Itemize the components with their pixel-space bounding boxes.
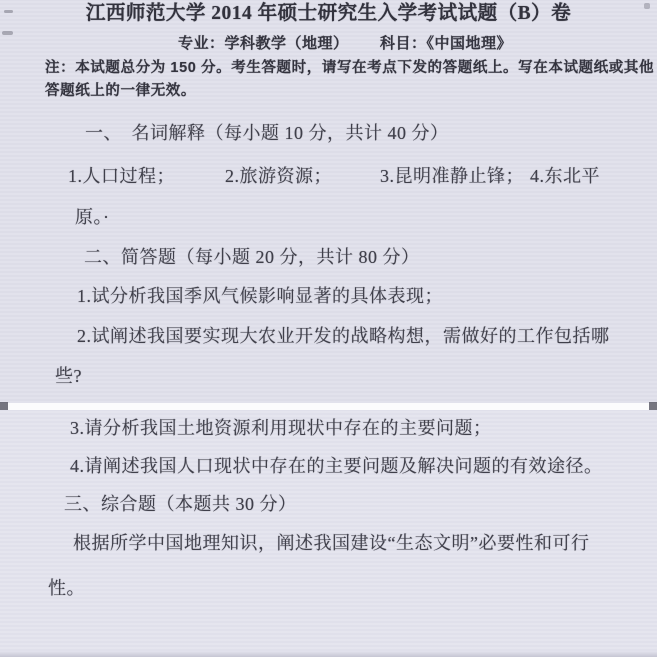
section2-question-2-line1: 2.试阐述我国要实现大农业开发的战略构想，需做好的工作包括哪: [77, 324, 610, 348]
section1-item-3: 3.昆明准静止锋；: [380, 164, 524, 188]
section1-heading: 一、 名词解释（每小题 10 分，共计 40 分）: [85, 121, 449, 145]
exam-major-label: 专业：学科教学（地理）: [178, 32, 349, 56]
scan-artifact: [2, 31, 13, 35]
exam-notice-line1: 注：本试题总分为 150 分。考生答题时，请写在考点下发的答题纸上。写在本试题纸…: [45, 56, 654, 80]
section3-question-line1: 根据所学中国地理知识，阐述我国建设“生态文明”必要性和可行: [73, 531, 589, 555]
scan-artifact: [649, 402, 657, 410]
exam-notice-line2: 答题纸上的一律无效。: [45, 79, 196, 103]
section2-question-4: 4.请阐述我国人口现状中存在的主要问题及解决问题的有效途径。: [70, 454, 603, 478]
section1-item-4: 4.东北平: [530, 164, 600, 188]
section3-heading: 三、综合题（本题共 30 分）: [64, 492, 297, 516]
scan-divider-band: [0, 403, 657, 410]
exam-title: 江西师范大学 2014 年硕士研究生入学考试试题（B）卷: [0, 2, 657, 26]
section2-question-1: 1.试分析我国季风气候影响显著的具体表现；: [77, 284, 443, 308]
section1-item-4-wrap: 原。·: [75, 205, 110, 229]
section2-question-2-line2: 些?: [55, 364, 82, 388]
scanned-exam-paper: 江西师范大学 2014 年硕士研究生入学考试试题（B）卷 专业：学科教学（地理）…: [0, 0, 657, 657]
section1-item-2: 2.旅游资源；: [225, 164, 332, 188]
exam-subject-label: 科目：《中国地理》: [380, 32, 512, 56]
section2-question-3: 3.请分析我国土地资源利用现状中存在的主要问题；: [70, 416, 492, 440]
section2-heading: 二、简答题（每小题 20 分，共计 80 分）: [84, 245, 420, 269]
scan-bottom-edge: [0, 651, 657, 657]
scan-artifact: [0, 402, 8, 410]
section1-item-1: 1.人口过程；: [68, 164, 175, 188]
section3-question-line2: 性。: [48, 576, 85, 600]
